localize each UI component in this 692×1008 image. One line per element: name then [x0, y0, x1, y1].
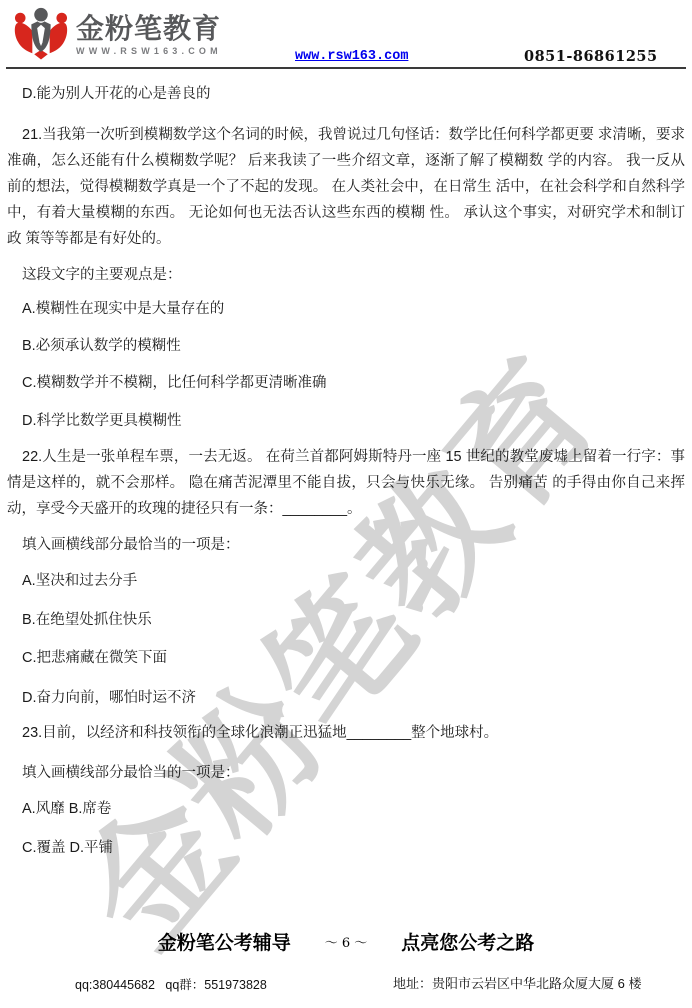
- question-23-prompt: 填入画横线部分最恰当的一项是：: [7, 762, 685, 784]
- phone-number: 0851-86861255: [524, 48, 658, 65]
- question-22-option-a: A.坚决和过去分手: [7, 570, 685, 592]
- brand-logo-icon: [12, 6, 70, 60]
- question-22-prompt: 填入画横线部分最恰当的一项是：: [7, 534, 685, 556]
- question-21-option-a: A.模糊性在现实中是大量存在的: [7, 298, 685, 320]
- question-22-text: 22.人生是一张单程车票，一去无返。 在荷兰首都阿姆斯特丹一座 15 世纪的教堂…: [7, 444, 685, 522]
- question-22-option-b: B.在绝望处抓住快乐: [7, 609, 685, 631]
- website-link[interactable]: www.rsw163.com: [295, 49, 408, 64]
- page-number: ～ 6 ～: [325, 936, 368, 951]
- footer-slogan-row: 金粉笔公考辅导～ 6 ～点亮您公考之路: [0, 928, 692, 955]
- document-page: 金粉笔教育 金粉笔教育 WWW.RSW163.COM www.rsw163.co…: [0, 0, 692, 1008]
- question-22-option-d: D.奋力向前，哪怕时运不济: [7, 687, 685, 709]
- question-21-option-d: D.科学比数学更具模糊性: [7, 410, 685, 432]
- brand-site-caption: WWW.RSW163.COM: [76, 46, 222, 56]
- question-23-options-cd: C.覆盖 D.平铺: [7, 837, 685, 859]
- logo: 金粉笔教育 WWW.RSW163.COM: [12, 6, 222, 60]
- question-21-text: 21.当我第一次听到模糊数学这个名词的时候，我曾说过几句怪话：数学比任何科学都更…: [7, 122, 685, 252]
- question-23-options-ab: A.风靡 B.席卷: [7, 798, 685, 820]
- footer-right-slogan: 点亮您公考之路: [401, 933, 534, 954]
- question-21-option-b: B.必须承认数学的模糊性: [7, 335, 685, 357]
- question-23-text: 23.目前，以经济和科技领衔的全球化浪潮正迅猛地________整个地球村。: [7, 722, 685, 744]
- header: 金粉笔教育 WWW.RSW163.COM www.rsw163.com 0851…: [6, 0, 686, 69]
- qq-contact: qq:380445682 qq群：551973828: [75, 975, 267, 993]
- logo-text: 金粉笔教育 WWW.RSW163.COM: [76, 6, 222, 56]
- footer-left-slogan: 金粉笔公考辅导: [158, 933, 291, 954]
- question-21-prompt: 这段文字的主要观点是：: [7, 264, 685, 286]
- brand-name: 金粉笔教育: [76, 14, 222, 44]
- question-21-option-c: C.模糊数学并不模糊，比任何科学都更清晰准确: [7, 372, 685, 394]
- question-22-option-c: C.把悲痛藏在微笑下面: [7, 647, 685, 669]
- address-text: 地址：贵阳市云岩区中华北路众厦大厦 6 楼: [393, 973, 641, 992]
- footer-contact-row: qq:380445682 qq群：551973828 地址：贵阳市云岩区中华北路…: [0, 973, 692, 993]
- document-body: D.能为别人开花的心是善良的 21.当我第一次听到模糊数学这个名词的时候，我曾说…: [0, 70, 692, 859]
- question-20-option-d: D.能为别人开花的心是善良的: [7, 83, 685, 105]
